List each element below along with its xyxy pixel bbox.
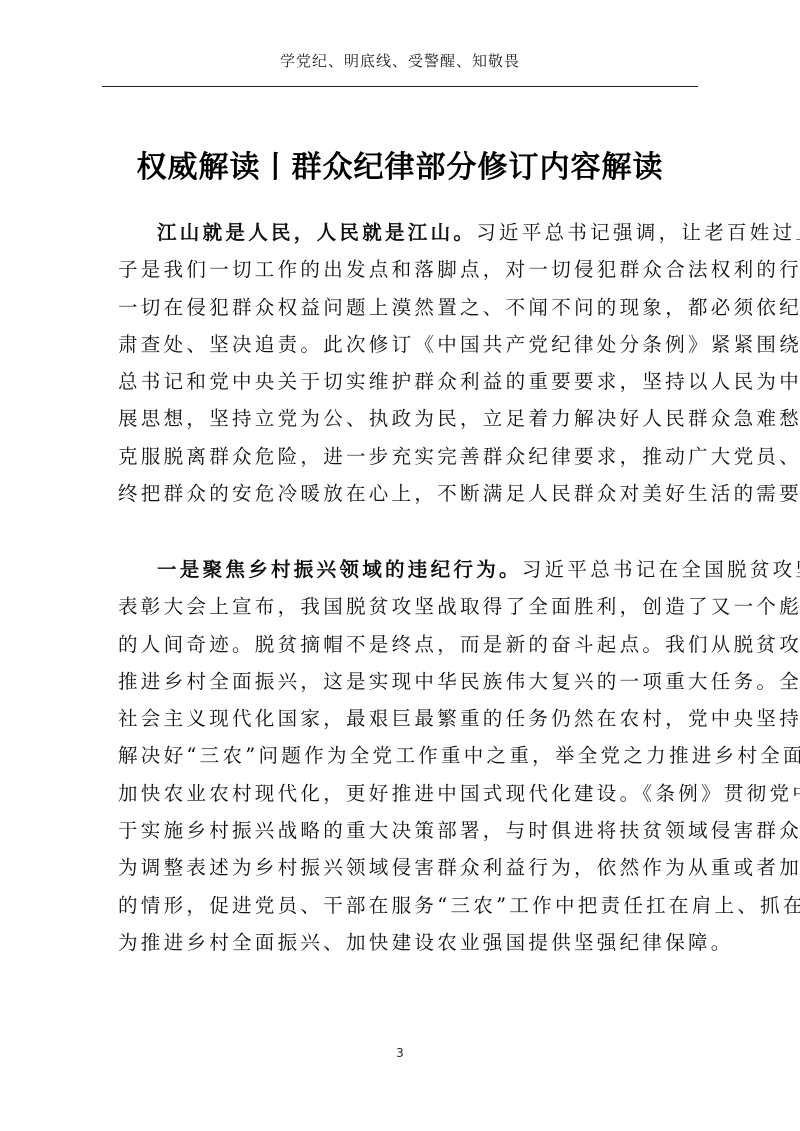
paragraph-line: 一是聚焦乡村振兴领域的违纪行为。习近平总书记在全国脱贫攻坚总结	[118, 551, 682, 588]
paragraph-1: 江山就是人民，人民就是江山。习近平总书记强调，让老百姓过上好日 子是我们一切工作…	[118, 214, 682, 512]
paragraph-line: 社会主义现代化国家，最艰巨最繁重的任务仍然在农村，党中央坚持不懈把	[118, 700, 682, 737]
paragraph-line: 终把群众的安危冷暖放在心上，不断满足人民群众对美好生活的需要。	[118, 475, 682, 512]
paragraph-line: 总书记和党中央关于切实维护群众利益的重要要求，坚持以人民为中心的发	[118, 363, 682, 400]
paragraph-lead: 一是聚焦乡村振兴领域的违纪行为。	[157, 558, 522, 581]
paragraph-line: 一切在侵犯群众权益问题上漠然置之、不闻不问的现象，都必须依纪依法严	[118, 289, 682, 326]
paragraph-line: 为推进乡村全面振兴、加快建设农业强国提供坚强纪律保障。	[118, 924, 682, 961]
header-divider	[102, 86, 698, 87]
paragraph-2: 一是聚焦乡村振兴领域的违纪行为。习近平总书记在全国脱贫攻坚总结 表彰大会上宣布，…	[118, 551, 682, 961]
page-number: 3	[0, 1046, 800, 1060]
running-header-title: 学党纪、明底线、受警醒、知敬畏	[0, 50, 800, 71]
paragraph-line: 加快农业农村现代化，更好推进中国式现代化建设。《条例》贯彻党中央关	[118, 775, 682, 812]
paragraph-line: 的情形，促进党员、干部在服务“三农”工作中把责任扛在肩上、抓在手上，	[118, 887, 682, 924]
paragraph-line: 肃查处、坚决追责。此次修订《中国共产党纪律处分条例》紧紧围绕习近平	[118, 326, 682, 363]
paragraph-line: 为调整表述为乡村振兴领域侵害群众利益行为，依然作为从重或者加重处分	[118, 849, 682, 886]
paragraph-line: 于实施乡村振兴战略的重大决策部署，与时俱进将扶贫领域侵害群众利益行	[118, 812, 682, 849]
article-title: 权威解读丨群众纪律部分修订内容解读	[0, 142, 800, 186]
paragraph-line: 江山就是人民，人民就是江山。习近平总书记强调，让老百姓过上好日	[118, 214, 682, 251]
paragraph-line: 表彰大会上宣布，我国脱贫攻坚战取得了全面胜利，创造了又一个彪炳史册	[118, 588, 682, 625]
paragraph-line: 展思想，坚持立党为公、执政为民，立足着力解决好人民群众急难愁盼问题，	[118, 400, 682, 437]
paragraph-line: 解决好“三农”问题作为全党工作重中之重，举全党之力推进乡村全面振兴，	[118, 737, 682, 774]
paragraph-line: 的人间奇迹。脱贫摘帽不是终点，而是新的奋斗起点。我们从脱贫攻坚转入	[118, 626, 682, 663]
paragraph-line: 克服脱离群众危险，进一步充实完善群众纪律要求，推动广大党员、干部始	[118, 438, 682, 475]
paragraph-lead: 江山就是人民，人民就是江山。	[157, 221, 476, 244]
paragraph-line: 子是我们一切工作的出发点和落脚点，对一切侵犯群众合法权利的行为，对	[118, 251, 682, 288]
paragraph-line: 推进乡村全面振兴，这是实现中华民族伟大复兴的一项重大任务。全面建设	[118, 663, 682, 700]
